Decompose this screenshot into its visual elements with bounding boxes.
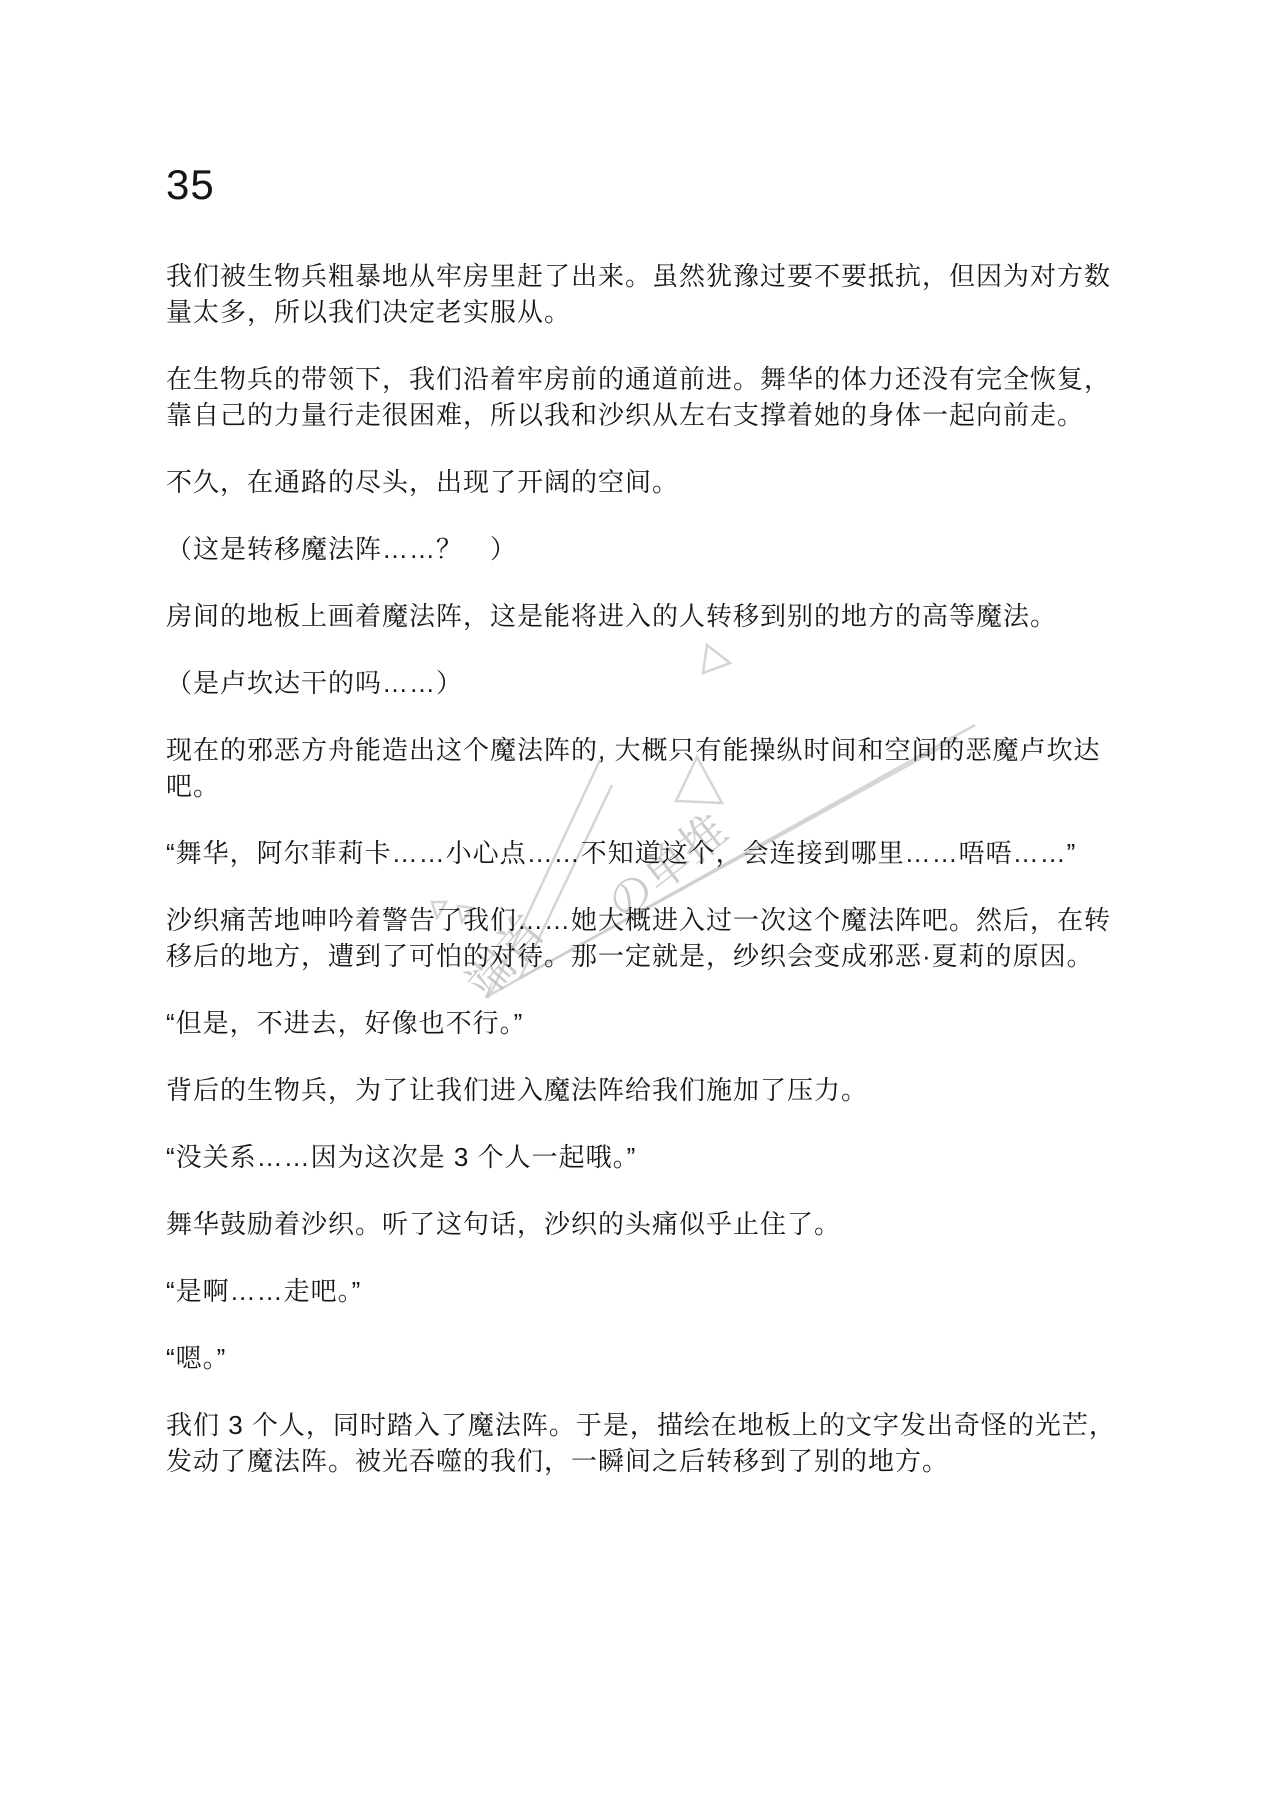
paragraph-11: 背后的生物兵，为了让我们进入魔法阵给我们施加了压力。 xyxy=(166,1072,1118,1108)
paragraph-9: 沙织痛苦地呻吟着警告了我们……她大概进入过一次这个魔法阵吧。然后，在转 移后的地… xyxy=(166,902,1118,974)
paragraph-4: （这是转移魔法阵……？ ） xyxy=(166,531,1118,567)
chapter-number: 35 xyxy=(166,164,1118,206)
paragraph-16: 我们 3 个人，同时踏入了魔法阵。于是，描绘在地板上的文字发出奇怪的光芒， 发动… xyxy=(166,1407,1118,1479)
paragraph-8: “舞华，阿尔菲莉卡……小心点……不知道这个，会连接到哪里……唔唔……” xyxy=(166,835,1118,871)
paragraph-12: “没关系……因为这次是 3 个人一起哦。” xyxy=(166,1139,1118,1175)
paragraph-1: 我们被生物兵粗暴地从牢房里赶了出来。虽然犹豫过要不要抵抗，但因为对方数 量太多，… xyxy=(166,258,1118,330)
paragraph-13: 舞华鼓励着沙织。听了这句话，沙织的头痛似乎止住了。 xyxy=(166,1206,1118,1242)
paragraph-5: 房间的地板上画着魔法阵，这是能将进入的人转移到别的地方的高等魔法。 xyxy=(166,598,1118,634)
paragraph-6: （是卢坎达干的吗……） xyxy=(166,665,1118,701)
paragraph-2: 在生物兵的带领下，我们沿着牢房前的通道前进。舞华的体力还没有完全恢复， 靠自己的… xyxy=(166,361,1118,433)
paragraph-3: 不久，在通路的尽头，出现了开阔的空间。 xyxy=(166,464,1118,500)
paragraph-7: 现在的邪恶方舟能造出这个魔法阵的, 大概只有能操纵时间和空间的恶魔卢坎达 吧。 xyxy=(166,732,1118,804)
paragraph-15: “嗯。” xyxy=(166,1340,1118,1376)
text-column: 35 我们被生物兵粗暴地从牢房里赶了出来。虽然犹豫过要不要抵抗，但因为对方数 量… xyxy=(166,0,1118,1510)
paragraph-14: “是啊……走吧。” xyxy=(166,1273,1118,1309)
paragraph-10: “但是，不进去，好像也不行。” xyxy=(166,1005,1118,1041)
document-page: 端首 の单推 35 我们被生物兵粗暴地从牢房里赶了出来。虽然犹豫过要不要抵抗，但… xyxy=(0,0,1280,1810)
